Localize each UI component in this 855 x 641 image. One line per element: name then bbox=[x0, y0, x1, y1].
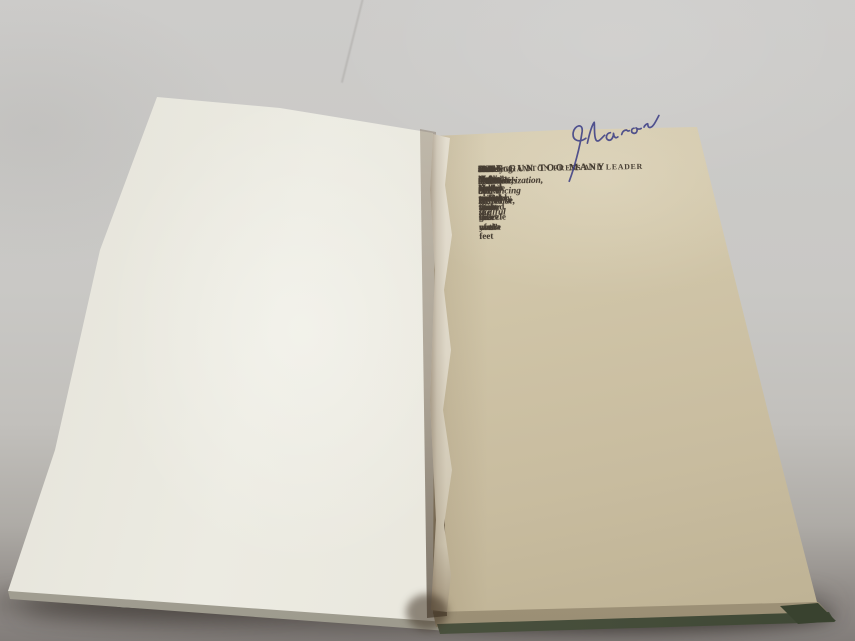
spine-bottom-shadow bbox=[406, 594, 448, 630]
signature-handwriting bbox=[549, 108, 667, 187]
book-photo: ONE GUN TOO MANY Kneeling in front of hi… bbox=[0, 0, 855, 641]
review-line: speed of a bullet.” bbox=[478, 176, 507, 207]
